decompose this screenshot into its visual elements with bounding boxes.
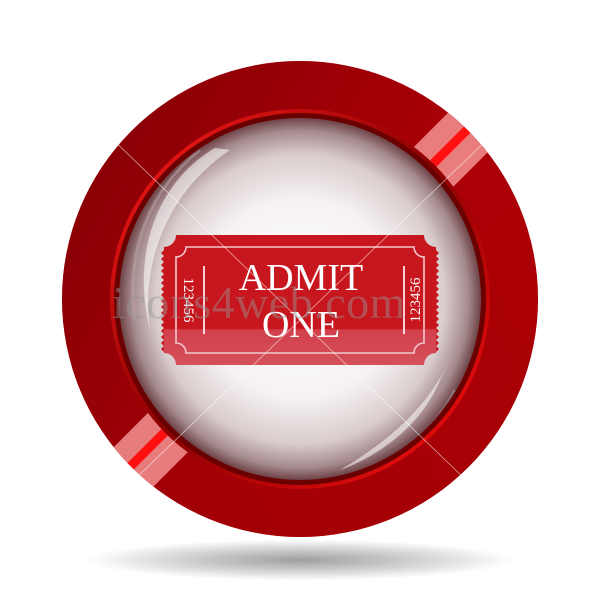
ticket-line-admit: ADMIT	[239, 257, 364, 299]
ticket-line-one: ONE	[262, 304, 340, 346]
serial-number-right: 123456	[408, 277, 424, 323]
ticket-button-icon: ADMIT ONE 123456 123456	[0, 0, 600, 600]
icon-stage: ADMIT ONE 123456 123456 icons4web.com	[0, 0, 600, 600]
serial-number-left: 123456	[180, 278, 196, 324]
